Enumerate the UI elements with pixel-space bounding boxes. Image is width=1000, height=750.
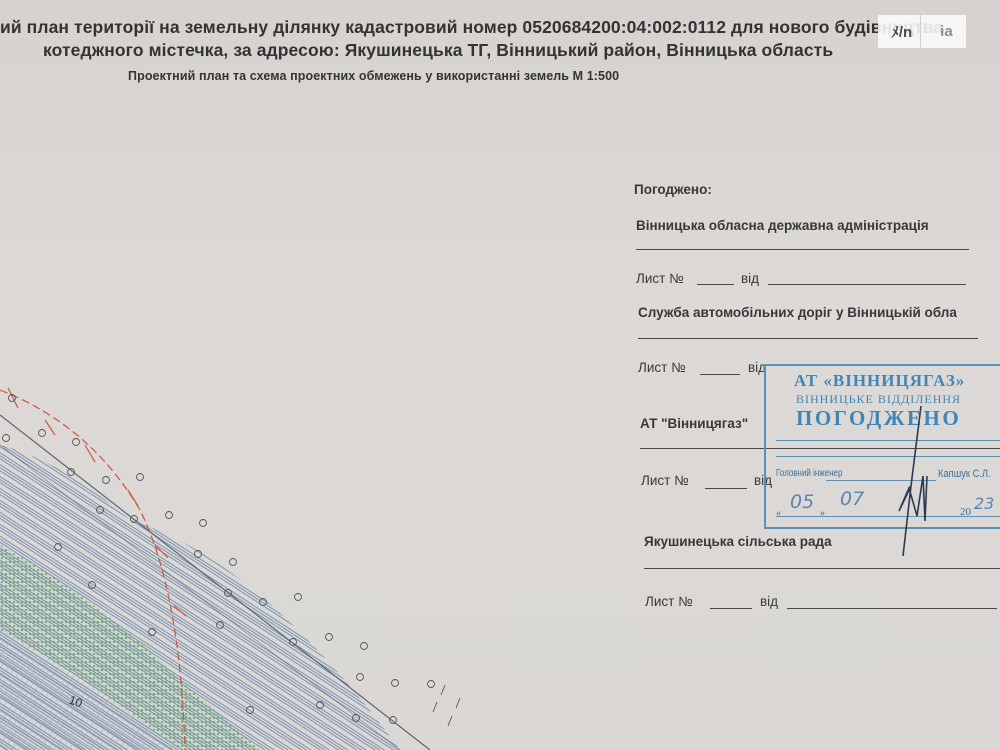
- from-label: від: [741, 271, 759, 286]
- watermark-right: ia: [940, 23, 953, 40]
- signature-line: [636, 249, 969, 250]
- signature-icon: [881, 406, 951, 556]
- stamp-year-suffix: 23: [974, 494, 994, 513]
- date-line: [787, 608, 997, 609]
- date-line: [768, 284, 966, 285]
- stamp-company: АТ «ВІННИЦЯГАЗ»: [794, 371, 965, 391]
- stamp-year-prefix: 20: [960, 506, 971, 518]
- watermark-divider: [920, 15, 921, 48]
- letter-number-line: [697, 284, 734, 285]
- stamp-quote-open: «: [776, 508, 781, 519]
- stamp-position: Головний інженер: [776, 468, 842, 479]
- letter-label: Лист №: [645, 594, 693, 609]
- document-subtitle: Проектний план та схема проектних обмеже…: [128, 69, 619, 83]
- document-title-line-1: ий план території на земельну ділянку ка…: [0, 17, 943, 38]
- signature-line: [638, 338, 978, 339]
- letter-label: Лист №: [636, 271, 684, 286]
- stamp-day: 05: [790, 491, 814, 513]
- survey-plan-drawing: 10: [0, 380, 480, 750]
- letter-label: Лист №: [638, 360, 686, 375]
- org-name-1: Вінницька обласна державна адміністрація: [636, 218, 929, 233]
- letter-number-line: [700, 374, 740, 375]
- org-name-3: АТ "Вінницягаз": [640, 416, 748, 431]
- watermark-logo: ﾒ/n ia: [878, 15, 966, 48]
- approval-stamp: АТ «ВІННИЦЯГАЗ» ВІННИЦЬКЕ ВІДДІЛЕННЯ ПОГ…: [764, 364, 1000, 529]
- org-name-4: Якушинецька сільська рада: [644, 534, 832, 549]
- stamp-quote-close: »: [820, 508, 825, 519]
- watermark-left: ﾒ/n: [891, 21, 912, 42]
- from-label: від: [760, 594, 778, 609]
- letter-label: Лист №: [641, 473, 689, 488]
- approval-heading: Погоджено:: [634, 182, 712, 197]
- letter-number-line: [705, 488, 747, 489]
- document-title-line-2: котеджного містечка, за адресою: Якушине…: [43, 40, 833, 61]
- org-name-2: Служба автомобільних доріг у Вінницькій …: [638, 305, 957, 320]
- stamp-month: 07: [840, 488, 864, 510]
- stamp-branch: ВІННИЦЬКЕ ВІДДІЛЕННЯ: [796, 392, 961, 407]
- letter-number-line: [710, 608, 752, 609]
- document-page: ий план території на земельну ділянку ка…: [0, 0, 1000, 750]
- signature-line: [644, 568, 1000, 569]
